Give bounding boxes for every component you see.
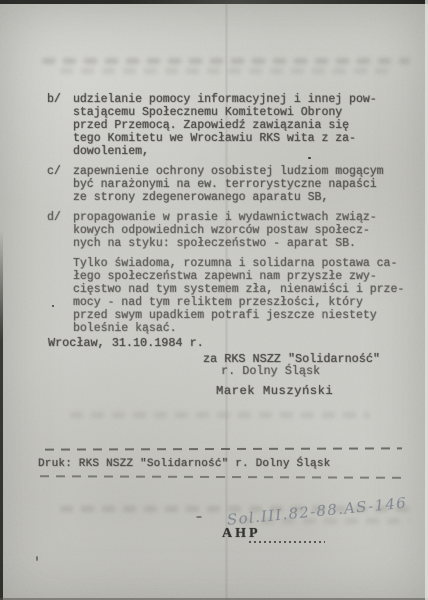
list-marker: d/ — [47, 211, 61, 224]
paragraph-b: b/ udzielanie pomocy informacyjnej i inn… — [73, 93, 413, 158]
document-body: b/ udzielanie pomocy informacyjnej i inn… — [73, 93, 413, 342]
bleed-through-band — [70, 412, 370, 418]
text-line: mocy - nad tym reliktem przeszłości, któ… — [73, 296, 413, 309]
text-line: propagowanie w prasie i wydawnictwach zw… — [73, 211, 413, 224]
paragraph-lines: zapewnienie ochrony osobistej ludziom mo… — [73, 165, 413, 204]
list-marker: c/ — [47, 165, 61, 178]
text-line: zapewnienie ochrony osobistej ludziom mo… — [73, 165, 413, 178]
archive-stamp: AHP — [222, 526, 261, 542]
text-line: przed swym upadkiem potrafi jeszcze nies… — [73, 309, 413, 322]
text-line: ze strony zdegenerowanego aparatu SB, — [73, 191, 413, 204]
signatory-name: Marek Muszyński — [216, 384, 333, 398]
paragraph-lines: propagowanie w prasie i wydawnictwach zw… — [73, 211, 413, 250]
text-line: stającemu Społecznemu Komitetowi Obrony — [73, 106, 413, 119]
scan-edge-left — [0, 230, 3, 600]
scanned-document-page: b/ udzielanie pomocy informacyjnej i inn… — [0, 0, 428, 600]
paragraph-lines: Tylko świadoma, rozumna i solidarna post… — [73, 257, 413, 335]
text-line: przed Przemocą. Zapowiedź zawiązania się — [73, 119, 413, 132]
paragraph-c: c/ zapewnienie ochrony osobistej ludziom… — [73, 165, 413, 204]
text-line: tego Komitetu we Wrocławiu RKS wita z za… — [73, 132, 413, 145]
dashed-divider-bottom — [40, 475, 402, 479]
stamp-dotted-line — [249, 541, 325, 543]
paragraph-closing: Tylko świadoma, rozumna i solidarna post… — [73, 257, 413, 335]
signature-region: r. Dolny Śląsk — [221, 364, 320, 378]
list-marker: b/ — [47, 93, 61, 106]
text-line: Tylko świadoma, rozumna i solidarna post… — [73, 257, 413, 270]
bleed-through-band — [60, 68, 390, 74]
text-line: boleśnie kąsać. — [73, 322, 413, 335]
text-line: być narażonymi na ew. terrorystyczne nap… — [73, 178, 413, 191]
ink-speck — [52, 305, 54, 307]
text-line: kowych odpowiednich wzorców postaw społe… — [73, 224, 413, 237]
dateline: Wrocław, 31.10.1984 r. — [48, 336, 204, 350]
text-line: nych na styku: społeczeństwo - aparat SB… — [73, 237, 413, 250]
ink-speck — [36, 556, 38, 561]
text-line: łego społeczeństwa zapewni nam przyszłe … — [73, 270, 413, 283]
print-credit: Druk: RKS NSZZ "Solidarność" r. Dolny Śl… — [38, 458, 330, 470]
paragraph-lines: udzielanie pomocy informacyjnej i innej … — [73, 93, 413, 158]
paragraph-d: d/ propagowanie w prasie i wydawnictwach… — [73, 211, 413, 250]
text-line: cięstwo nad tym systemem zła, nienawiści… — [73, 283, 413, 296]
text-line: udzielanie pomocy informacyjnej i innej … — [73, 93, 413, 106]
text-line: dowoleniem, — [73, 145, 413, 158]
scan-edge-top — [0, 0, 428, 4]
ink-speck — [196, 516, 202, 518]
dashed-divider-top — [45, 447, 402, 450]
bleed-through-band — [42, 58, 410, 64]
